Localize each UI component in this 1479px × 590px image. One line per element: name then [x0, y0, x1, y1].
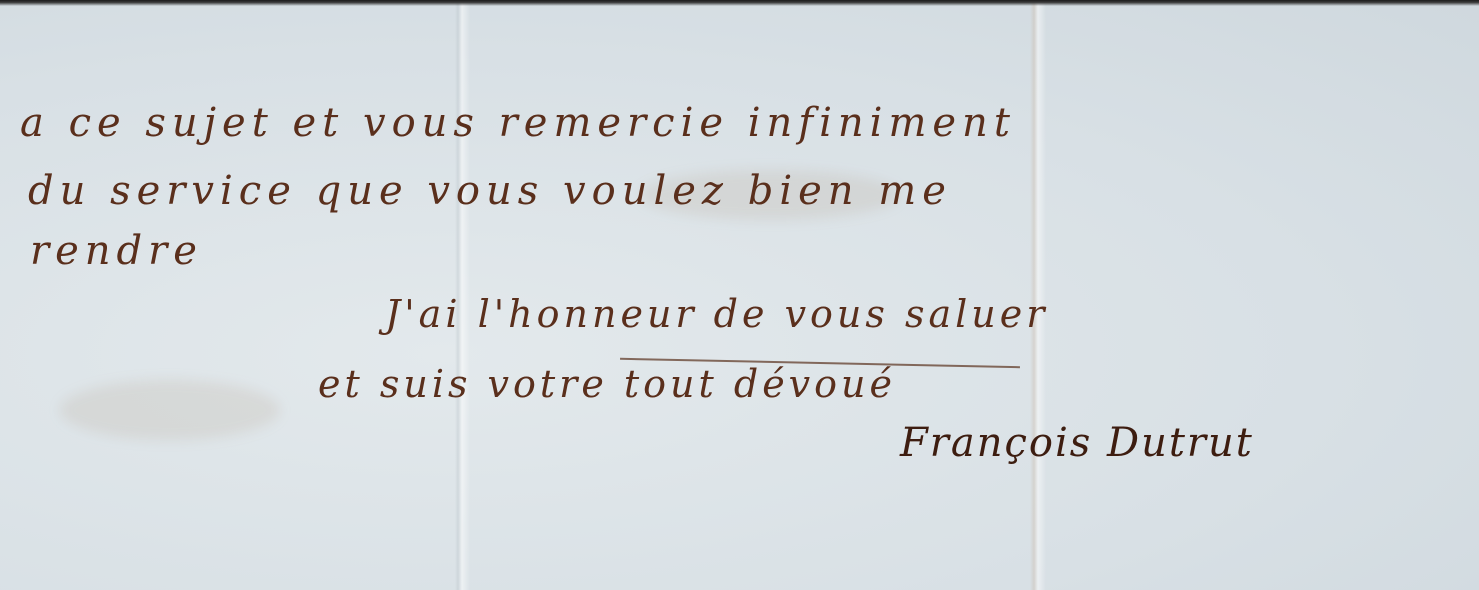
ink-stain [60, 380, 280, 440]
letter-page: a ce sujet et vous remercie infiniment d… [0, 0, 1479, 590]
letter-line: a ce sujet et vous remercie infiniment [20, 100, 1016, 146]
letter-line: du service que vous voulez bien me [28, 168, 952, 214]
letter-line: rendre [30, 228, 203, 274]
signature: François Dutrut [900, 420, 1254, 466]
torn-top-edge [0, 0, 1479, 6]
closing-line: J'ai l'honneur de vous saluer [385, 292, 1048, 336]
closing-line: et suis votre tout dévoué [318, 362, 896, 406]
